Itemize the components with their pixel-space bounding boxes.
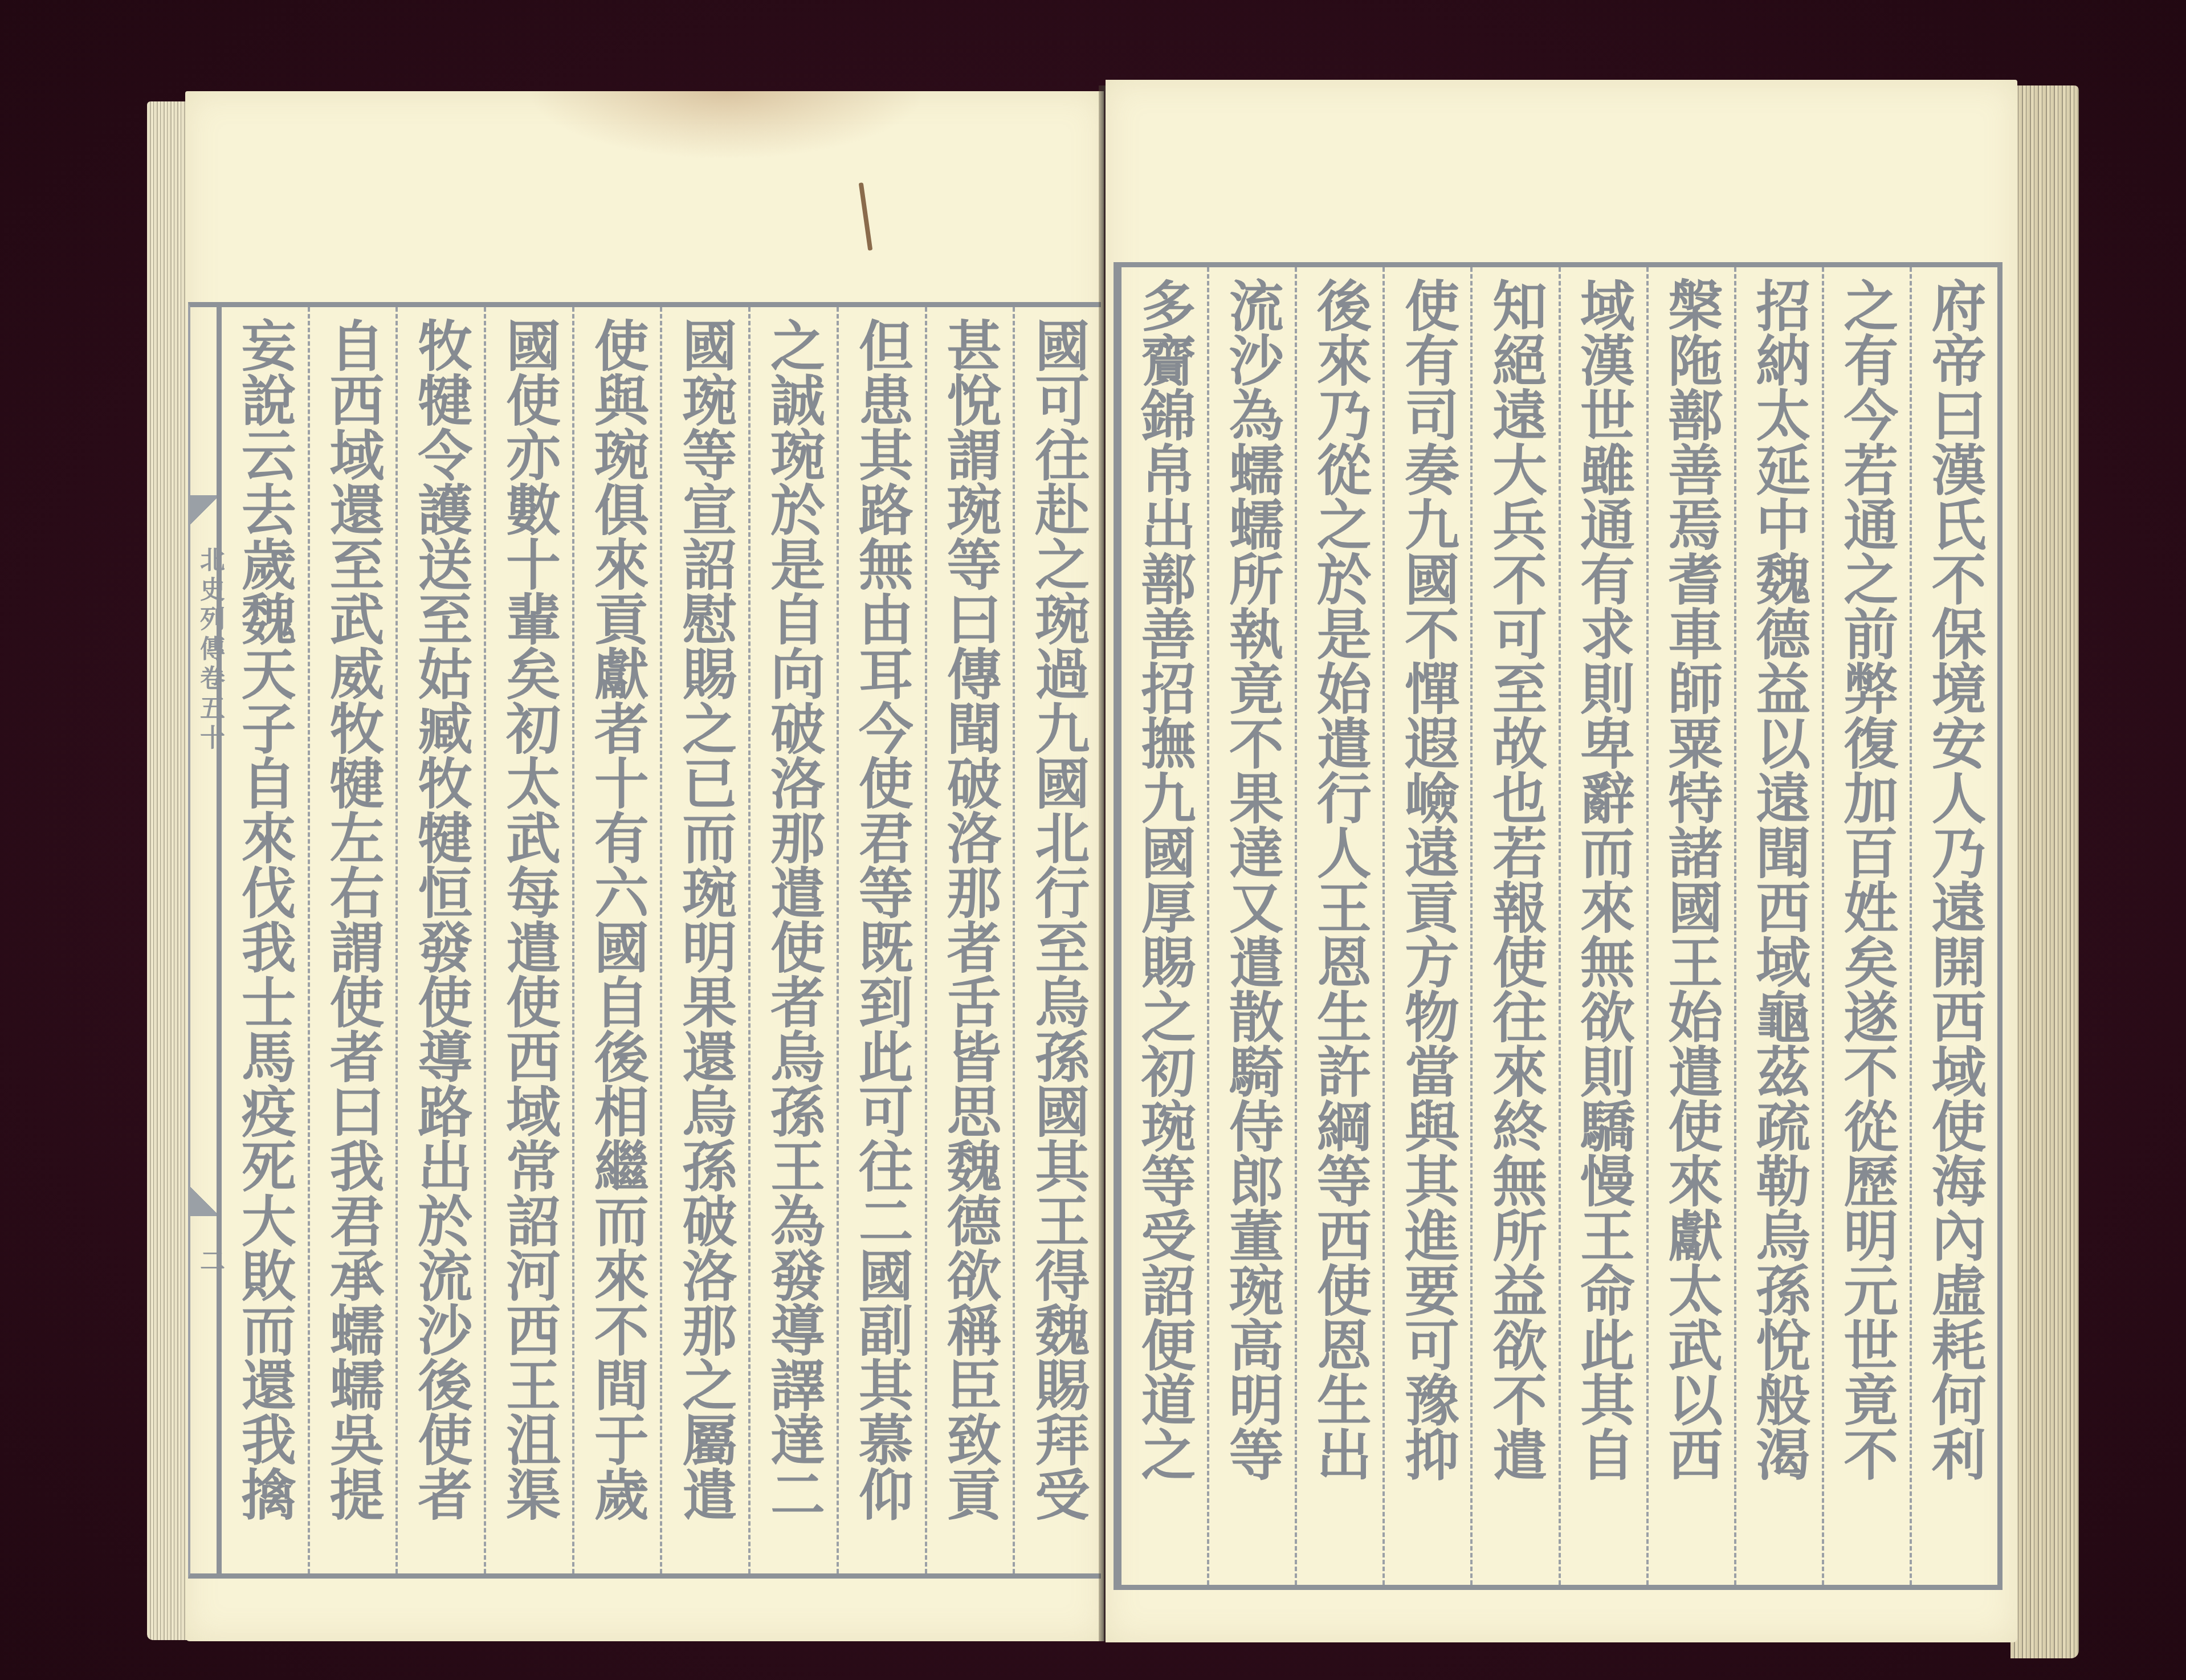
text-column: 自西域還至武威牧犍左右謂使者曰我君承蠕蠕吳提 — [308, 307, 396, 1573]
column-text: 自西域還至武威牧犍左右謂使者曰我君承蠕蠕吳提 — [325, 317, 380, 1565]
column-text: 使有司奏九國不憚遐嶮遠貢方物當與其進要可豫抑 — [1400, 278, 1455, 1577]
right-page-edges — [2010, 85, 2079, 1658]
text-column: 流沙為蠕蠕所執竟不果達又遣散騎侍郎董琬高明等 — [1207, 267, 1295, 1585]
text-column: 後來乃從之於是始遣行人王恩生許綱等西使恩生出 — [1295, 267, 1382, 1585]
column-text: 國琬等宣詔慰賜之已而琬明果還烏孫破洛那之屬遣 — [678, 317, 733, 1565]
fishtail-bottom-icon — [190, 1185, 218, 1216]
water-stain — [527, 91, 926, 160]
text-column: 槃陁鄯善焉耆車師粟特諸國王始遣使來獻太武以西 — [1646, 267, 1734, 1585]
text-column: 之誠琬於是自向破洛那遣使者烏孫王為發導譯達二 — [748, 307, 837, 1573]
column-text: 多齎錦帛出鄯善招撫九國厚賜之初琬等受詔便道之 — [1137, 278, 1192, 1577]
text-column: 牧犍令護送至姑臧牧犍恒發使導路出於流沙後使者 — [395, 307, 484, 1573]
text-column: 但患其路無由耳今使君等既到此可往二國副其慕仰 — [837, 307, 925, 1573]
open-book-spread: 北史列傳卷五十 二 國可往赴之琬過九國北行至烏孫國其王得魏賜拜受 甚悅謂琬等曰傳… — [0, 0, 2186, 1680]
column-text: 國可往赴之琬過九國北行至烏孫國其王得魏賜拜受 — [1031, 317, 1086, 1565]
column-text: 知絕遠大兵不可至故也若報使往來終無所益欲不遣 — [1488, 278, 1543, 1577]
text-column: 國琬等宣詔慰賜之已而琬明果還烏孫破洛那之屬遣 — [660, 307, 748, 1573]
text-column: 國可往赴之琬過九國北行至烏孫國其王得魏賜拜受 — [1013, 307, 1101, 1573]
column-text: 甚悅謂琬等曰傳聞破洛那者舌皆思魏德欲稱臣致貢 — [943, 317, 997, 1565]
left-page-edges — [147, 101, 188, 1640]
text-column: 府帝曰漢氏不保境安人乃遠開西域使海內虛耗何利 — [1910, 267, 1997, 1585]
text-column: 域漢世雖通有求則卑辭而來無欲則驕慢王命此其自 — [1559, 267, 1646, 1585]
column-text: 國使亦數十輩矣初太武每遣使西域常詔河西王沮渠 — [501, 317, 556, 1565]
column-text: 之誠琬於是自向破洛那遣使者烏孫王為發導譯達二 — [766, 317, 821, 1565]
column-text: 流沙為蠕蠕所執竟不果達又遣散騎侍郎董琬高明等 — [1225, 278, 1279, 1577]
column-text: 使與琬俱來貢獻者十有六國自後相繼而來不間于歲 — [590, 317, 645, 1565]
text-column: 多齎錦帛出鄯善招撫九國厚賜之初琬等受詔便道之 — [1121, 267, 1207, 1585]
column-text: 妄說云去歲魏天子自來伐我士馬疫死大敗而還我擒 — [237, 317, 292, 1565]
fishtail-top-icon — [190, 495, 218, 527]
column-text: 域漢世雖通有求則卑辭而來無欲則驕慢王命此其自 — [1576, 278, 1631, 1577]
left-text-grid: 國可往赴之琬過九國北行至烏孫國其王得魏賜拜受 甚悅謂琬等曰傳聞破洛那者舌皆思魏德… — [217, 302, 1101, 1579]
text-column: 甚悅謂琬等曰傳聞破洛那者舌皆思魏德欲稱臣致貢 — [925, 307, 1013, 1573]
column-text: 後來乃從之於是始遣行人王恩生許綱等西使恩生出 — [1312, 278, 1367, 1577]
text-column: 之有今若通之前弊復加百姓矣遂不從歷明元世竟不 — [1822, 267, 1910, 1585]
text-column: 招納太延中魏德益以遠聞西域龜茲疏勒烏孫悅般渴 — [1734, 267, 1822, 1585]
text-column: 妄說云去歲魏天子自來伐我士馬疫死大敗而還我擒 — [222, 307, 308, 1573]
text-column: 國使亦數十輩矣初太武每遣使西域常詔河西王沮渠 — [484, 307, 572, 1573]
right-page: 府帝曰漢氏不保境安人乃遠開西域使海內虛耗何利 之有今若通之前弊復加百姓矣遂不從歷… — [1106, 80, 2017, 1642]
column-text: 槃陁鄯善焉耆車師粟特諸國王始遣使來獻太武以西 — [1664, 278, 1719, 1577]
paper-tear — [859, 182, 873, 251]
column-text: 但患其路無由耳今使君等既到此可往二國副其慕仰 — [854, 317, 909, 1565]
text-column: 使有司奏九國不憚遐嶮遠貢方物當與其進要可豫抑 — [1382, 267, 1470, 1585]
fold-margin-banxin: 北史列傳卷五十 二 — [188, 302, 218, 1579]
right-text-grid: 府帝曰漢氏不保境安人乃遠開西域使海內虛耗何利 之有今若通之前弊復加百姓矣遂不從歷… — [1114, 262, 2003, 1590]
column-text: 府帝曰漢氏不保境安人乃遠開西域使海內虛耗何利 — [1927, 278, 1982, 1577]
text-column: 使與琬俱來貢獻者十有六國自後相繼而來不間于歲 — [572, 307, 660, 1573]
left-page: 北史列傳卷五十 二 國可往赴之琬過九國北行至烏孫國其王得魏賜拜受 甚悅謂琬等曰傳… — [185, 91, 1104, 1641]
column-text: 之有今若通之前弊復加百姓矣遂不從歷明元世竟不 — [1840, 278, 1894, 1577]
column-text: 牧犍令護送至姑臧牧犍恒發使導路出於流沙後使者 — [414, 317, 468, 1565]
column-text: 招納太延中魏德益以遠聞西域龜茲疏勒烏孫悅般渴 — [1752, 278, 1806, 1577]
text-column: 知絕遠大兵不可至故也若報使往來終無所益欲不遣 — [1470, 267, 1558, 1585]
